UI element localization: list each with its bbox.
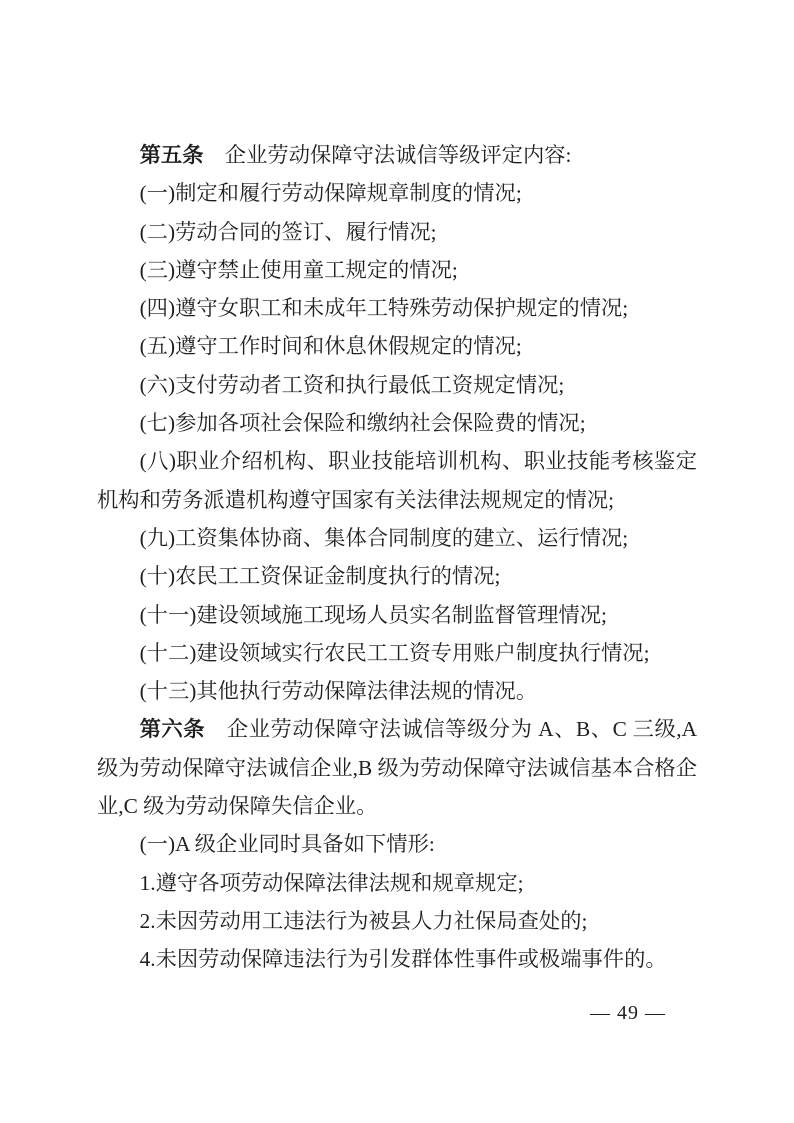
- paragraph-item-8: (八)职业介绍机构、职业技能培训机构、职业技能考核鉴定机构和劳务派遣机构遵守国家…: [97, 442, 697, 519]
- paragraph-item-3: (三)遵守禁止使用童工规定的情况;: [97, 251, 697, 289]
- paragraph-text: (二)劳动合同的签订、履行情况;: [140, 220, 437, 244]
- paragraph-grade-a-heading: (一)A 级企业同时具备如下情形:: [97, 825, 697, 863]
- paragraph-item-5: (五)遵守工作时间和休息休假规定的情况;: [97, 327, 697, 365]
- paragraph-text: (十一)建设领域施工现场人员实名制监督管理情况;: [140, 603, 607, 627]
- paragraph-text: (四)遵守女职工和未成年工特殊劳动保护规定的情况;: [140, 296, 629, 320]
- page-number: — 49 —: [590, 1001, 680, 1025]
- paragraph-text: (十二)建设领域实行农民工工资专用账户制度执行情况;: [140, 641, 650, 665]
- paragraph-item-1: (一)制定和履行劳动保障规章制度的情况;: [97, 174, 697, 212]
- paragraph-text: (七)参加各项社会保险和缴纳社会保险费的情况;: [140, 411, 586, 435]
- article-5-number: 第五条: [140, 143, 204, 167]
- paragraph-text: (十三)其他执行劳动保障法律法规的情况。: [140, 679, 538, 703]
- paragraph-item-6: (六)支付劳动者工资和执行最低工资规定情况;: [97, 366, 697, 404]
- paragraph-condition-4: 4.未因劳动保障违法行为引发群体性事件或极端事件的。: [97, 940, 697, 978]
- document-page: 第五条 企业劳动保障守法诚信等级评定内容: (一)制定和履行劳动保障规章制度的情…: [0, 0, 794, 1123]
- paragraph-article-5-heading: 第五条 企业劳动保障守法诚信等级评定内容:: [97, 136, 697, 174]
- paragraph-condition-2: 2.未因劳动用工违法行为被县人力社保局查处的;: [97, 902, 697, 940]
- paragraph-text: (一)制定和履行劳动保障规章制度的情况;: [140, 181, 522, 205]
- paragraph-item-13: (十三)其他执行劳动保障法律法规的情况。: [97, 672, 697, 710]
- paragraph-text: (一)A 级企业同时具备如下情形:: [140, 832, 435, 856]
- paragraph-text: 1.遵守各项劳动保障法律法规和规章规定;: [140, 871, 524, 895]
- document-body: 第五条 企业劳动保障守法诚信等级评定内容: (一)制定和履行劳动保障规章制度的情…: [97, 136, 697, 979]
- paragraph-item-9: (九)工资集体协商、集体合同制度的建立、运行情况;: [97, 519, 697, 557]
- paragraph-text: 2.未因劳动用工违法行为被县人力社保局查处的;: [140, 909, 588, 933]
- paragraph-text: (六)支付劳动者工资和执行最低工资规定情况;: [140, 373, 565, 397]
- paragraph-text: 4.未因劳动保障违法行为引发群体性事件或极端事件的。: [140, 947, 667, 971]
- paragraph-item-2: (二)劳动合同的签订、履行情况;: [97, 213, 697, 251]
- paragraph-item-12: (十二)建设领域实行农民工工资专用账户制度执行情况;: [97, 634, 697, 672]
- paragraph-article-6: 第六条 企业劳动保障守法诚信等级分为 A、B、C 三级,A 级为劳动保障守法诚信…: [97, 710, 697, 825]
- paragraph-text: (八)职业介绍机构、职业技能培训机构、职业技能考核鉴定机构和劳务派遣机构遵守国家…: [97, 449, 697, 511]
- article-6-number: 第六条: [140, 717, 205, 741]
- paragraph-item-10: (十)农民工工资保证金制度执行的情况;: [97, 557, 697, 595]
- paragraph-text: (十)农民工工资保证金制度执行的情况;: [140, 564, 501, 588]
- paragraph-text: 企业劳动保障守法诚信等级评定内容:: [204, 143, 572, 167]
- paragraph-condition-1: 1.遵守各项劳动保障法律法规和规章规定;: [97, 864, 697, 902]
- paragraph-text: (九)工资集体协商、集体合同制度的建立、运行情况;: [140, 526, 629, 550]
- paragraph-text: (三)遵守禁止使用童工规定的情况;: [140, 258, 458, 282]
- paragraph-item-11: (十一)建设领域施工现场人员实名制监督管理情况;: [97, 596, 697, 634]
- paragraph-text: (五)遵守工作时间和休息休假规定的情况;: [140, 334, 522, 358]
- paragraph-item-4: (四)遵守女职工和未成年工特殊劳动保护规定的情况;: [97, 289, 697, 327]
- paragraph-item-7: (七)参加各项社会保险和缴纳社会保险费的情况;: [97, 404, 697, 442]
